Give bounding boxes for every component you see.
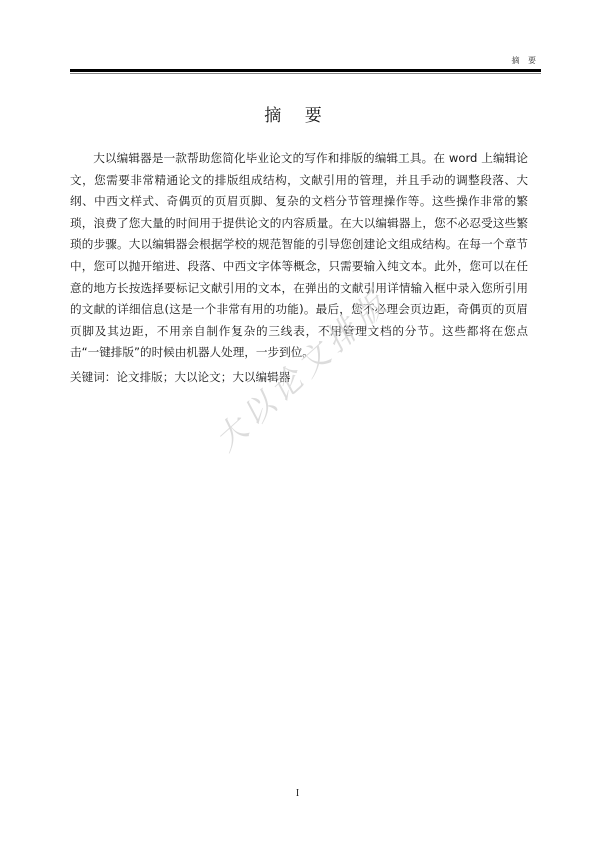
- page-number: I: [0, 788, 595, 799]
- page-title: 摘 要: [0, 101, 595, 126]
- header-rule-thick: [70, 69, 541, 72]
- abstract-paragraph: 大以编辑器是一款帮助您简化毕业论文的写作和排版的编辑工具。在 word 上编辑论…: [70, 148, 528, 364]
- header-rule-thin: [70, 73, 541, 74]
- document-page: 摘 要 摘 要 大以编辑器是一款帮助您简化毕业论文的写作和排版的编辑工具。在 w…: [0, 0, 595, 842]
- running-header-title: 摘 要: [511, 55, 539, 66]
- keywords-label: 关键词：: [70, 370, 116, 384]
